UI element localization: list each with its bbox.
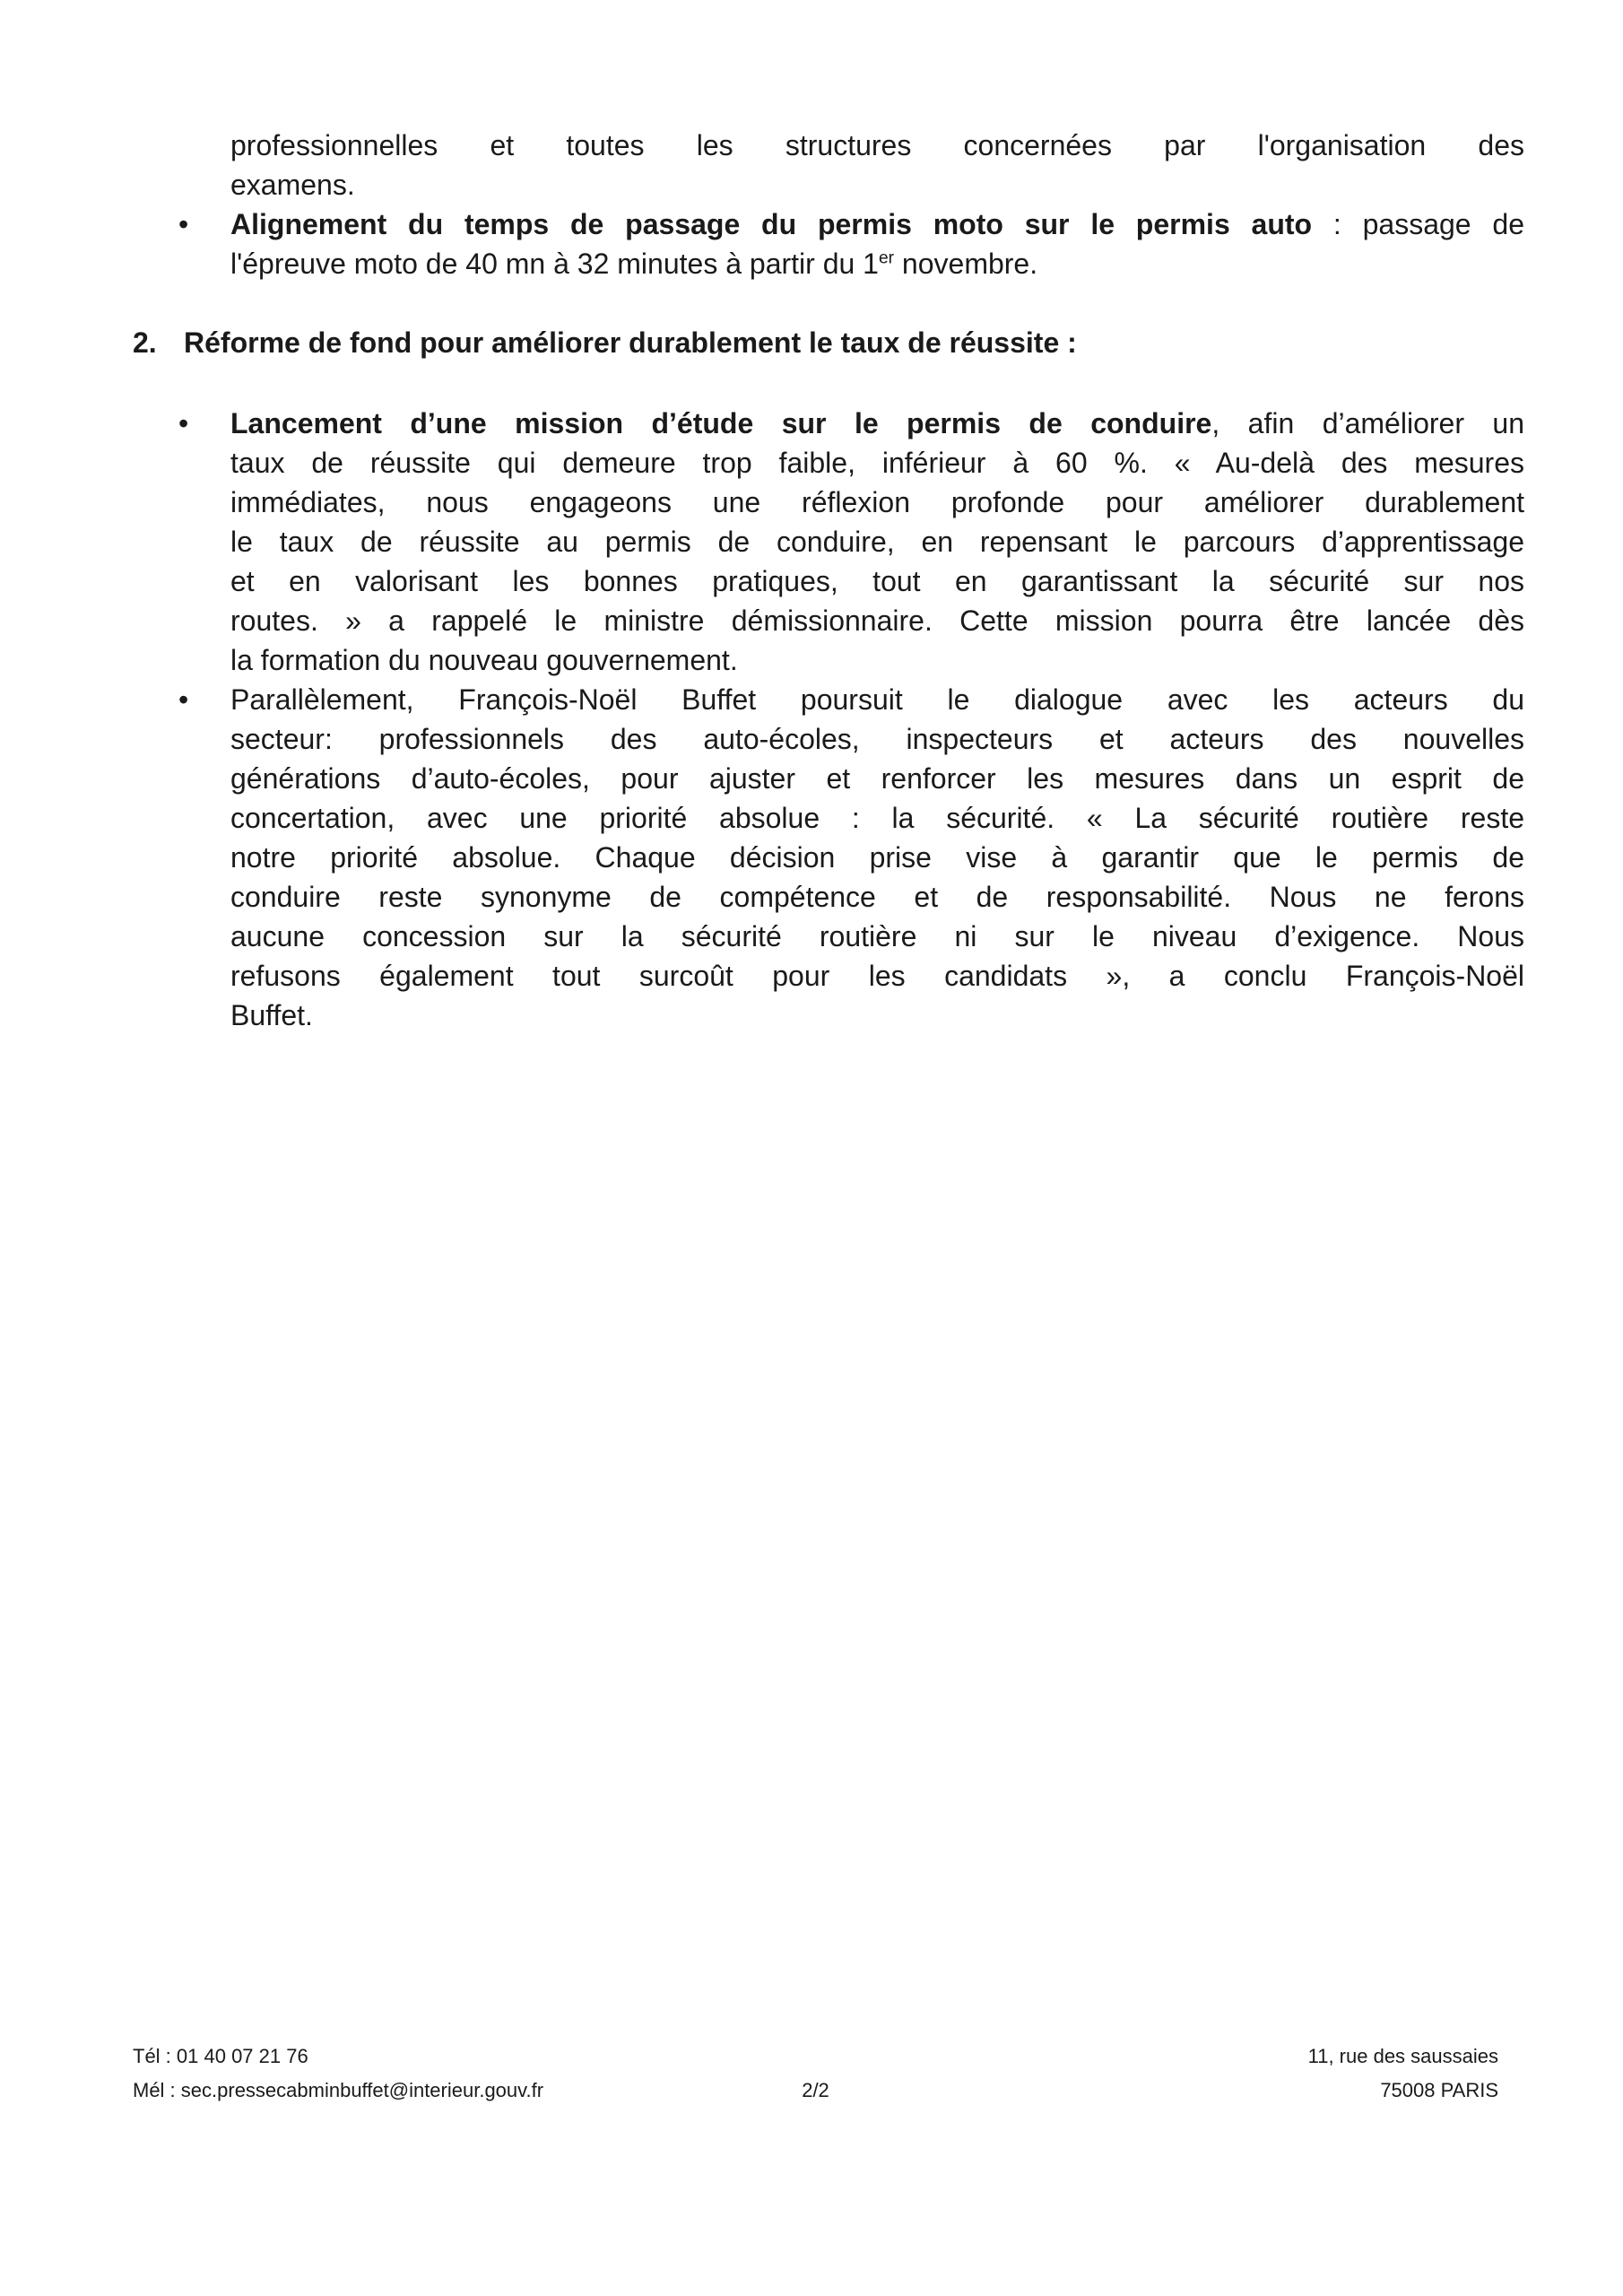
text-line: taux de réussite qui demeure trop faible… <box>230 443 1524 483</box>
bullet-item: •Lancement d’une mission d’étude sur le … <box>133 404 1524 680</box>
text-segment: conduire reste synonyme de compétence et… <box>230 881 1524 913</box>
text-lines: Réforme de fond pour améliorer durableme… <box>184 323 1524 362</box>
text-lines: Parallèlement, François-Noël Buffet pour… <box>230 680 1524 1035</box>
bullet-marker-icon: • <box>178 404 188 443</box>
text-segment: la formation du nouveau gouvernement. <box>230 644 738 676</box>
footer-address: 11, rue des saussaies 75008 PARIS <box>829 2039 1498 2108</box>
text-segment: générations d’auto-écoles, pour ajuster … <box>230 762 1524 795</box>
footer-address-line2: 75008 PARIS <box>829 2074 1498 2108</box>
footer-page-number: 2/2 <box>802 2074 829 2108</box>
bullet-marker-icon: • <box>178 680 188 719</box>
page-footer: Tél : 01 40 07 21 76 Mél : sec.pressecab… <box>133 2039 1498 2108</box>
document-page: professionnelles et toutes les structure… <box>0 0 1623 2296</box>
footer-address-line1: 11, rue des saussaies <box>829 2039 1498 2074</box>
text-line: la formation du nouveau gouvernement. <box>230 640 1524 680</box>
text-line: Parallèlement, François-Noël Buffet pour… <box>230 680 1524 719</box>
text-segment: routes. » a rappelé le ministre démissio… <box>230 604 1524 637</box>
text-segment: Buffet. <box>230 999 313 1031</box>
text-segment: secteur: professionnels des auto-écoles,… <box>230 723 1524 755</box>
bold-text-segment: Lancement d’une mission d’étude sur le p… <box>230 407 1211 439</box>
text-line: l'épreuve moto de 40 mn à 32 minutes à p… <box>230 244 1524 283</box>
text-line: routes. » a rappelé le ministre démissio… <box>230 601 1524 640</box>
text-line: refusons également tout surcoût pour les… <box>230 956 1524 996</box>
bullet-marker-icon: • <box>178 204 188 244</box>
text-line: et en valorisant les bonnes pratiques, t… <box>230 561 1524 601</box>
paragraph: professionnelles et toutes les structure… <box>133 126 1524 204</box>
text-line: Buffet. <box>230 996 1524 1035</box>
text-segment: et en valorisant les bonnes pratiques, t… <box>230 565 1524 597</box>
text-line: Lancement d’une mission d’étude sur le p… <box>230 404 1524 443</box>
text-segment: novembre. <box>894 248 1037 280</box>
section-heading: 2.Réforme de fond pour améliorer durable… <box>133 323 1524 362</box>
text-segment: l'épreuve moto de 40 mn à 32 minutes à p… <box>230 248 879 280</box>
text-line: générations d’auto-écoles, pour ajuster … <box>230 759 1524 798</box>
text-segment: notre priorité absolue. Chaque décision … <box>230 841 1524 874</box>
footer-phone: Tél : 01 40 07 21 76 <box>133 2039 802 2074</box>
text-segment: : passage de <box>1312 208 1524 240</box>
text-line: secteur: professionnels des auto-écoles,… <box>230 719 1524 759</box>
document-body: professionnelles et toutes les structure… <box>133 126 1524 1035</box>
bullet-item: •Alignement du temps de passage du permi… <box>133 204 1524 283</box>
text-line: aucune concession sur la sécurité routiè… <box>230 917 1524 956</box>
text-line: concertation, avec une priorité absolue … <box>230 798 1524 838</box>
text-segment: refusons également tout surcoût pour les… <box>230 960 1524 992</box>
text-segment: immédiates, nous engageons une réflexion… <box>230 486 1524 518</box>
text-line: Réforme de fond pour améliorer durableme… <box>184 323 1524 362</box>
text-segment: professionnelles et toutes les structure… <box>230 129 1524 161</box>
text-segment: , afin d’améliorer un <box>1211 407 1524 439</box>
text-segment: er <box>879 248 894 267</box>
footer-contact: Tél : 01 40 07 21 76 Mél : sec.pressecab… <box>133 2039 802 2108</box>
text-segment: examens. <box>230 169 355 201</box>
text-line: le taux de réussite au permis de conduir… <box>230 522 1524 561</box>
text-lines: Lancement d’une mission d’étude sur le p… <box>230 404 1524 680</box>
bold-text-segment: Alignement du temps de passage du permis… <box>230 208 1312 240</box>
text-segment: aucune concession sur la sécurité routiè… <box>230 920 1524 952</box>
text-segment: taux de réussite qui demeure trop faible… <box>230 447 1524 479</box>
text-line: notre priorité absolue. Chaque décision … <box>230 838 1524 877</box>
text-segment: Parallèlement, François-Noël Buffet pour… <box>230 683 1524 716</box>
text-lines: Alignement du temps de passage du permis… <box>230 204 1524 283</box>
text-line: conduire reste synonyme de compétence et… <box>230 877 1524 917</box>
text-line: examens. <box>230 165 1524 204</box>
footer-email: Mél : sec.pressecabminbuffet@interieur.g… <box>133 2074 802 2108</box>
text-line: immédiates, nous engageons une réflexion… <box>230 483 1524 522</box>
heading-number: 2. <box>133 323 157 362</box>
bullet-item: •Parallèlement, François-Noël Buffet pou… <box>133 680 1524 1035</box>
text-segment: concertation, avec une priorité absolue … <box>230 802 1524 834</box>
text-lines: professionnelles et toutes les structure… <box>230 126 1524 204</box>
text-line: Alignement du temps de passage du permis… <box>230 204 1524 244</box>
text-segment: le taux de réussite au permis de conduir… <box>230 526 1524 558</box>
text-line: professionnelles et toutes les structure… <box>230 126 1524 165</box>
bold-text-segment: Réforme de fond pour améliorer durableme… <box>184 326 1077 359</box>
